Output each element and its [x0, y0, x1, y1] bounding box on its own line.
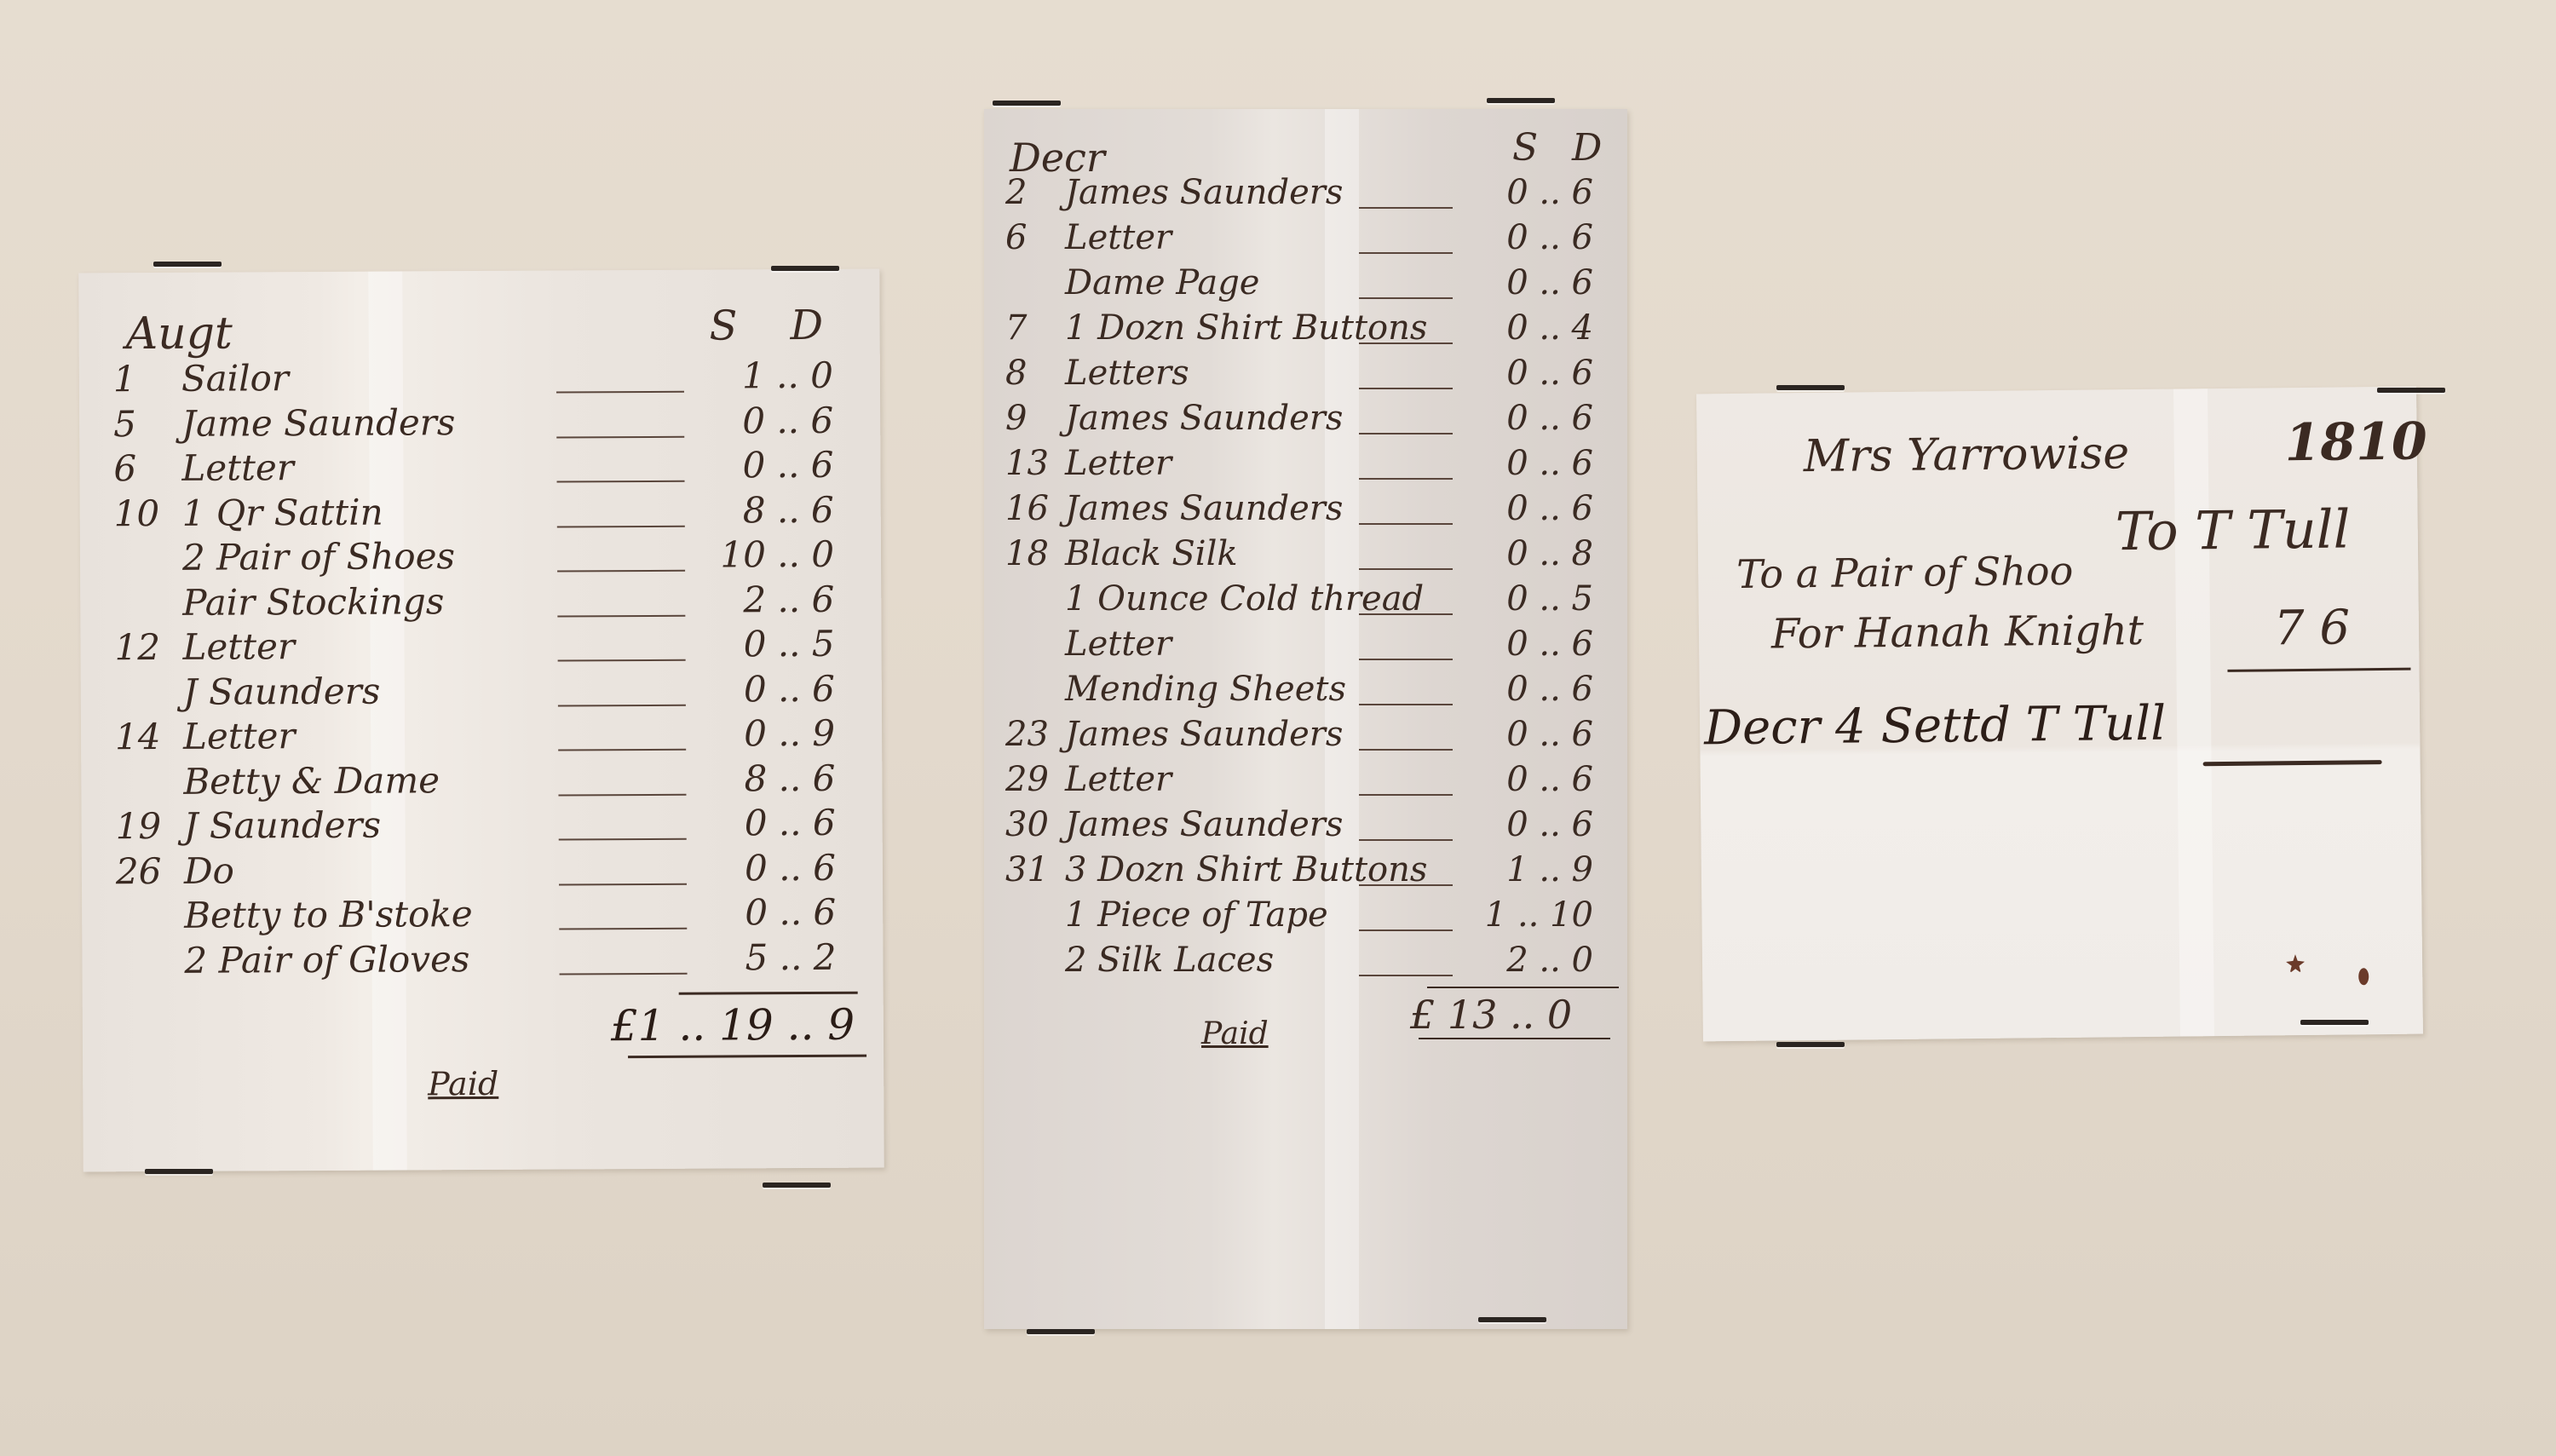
- entry-day: 9: [1005, 399, 1027, 438]
- entry-item: Letter: [182, 625, 295, 668]
- entry-item: Betty & Dame: [183, 759, 440, 803]
- entry-leader-line: [559, 883, 687, 885]
- entry-day: 8: [1005, 354, 1027, 393]
- entry-amount: 8 .. 6: [743, 488, 834, 531]
- item-amount: 7 6: [2274, 600, 2351, 656]
- entry-amount: 0 .. 6: [1506, 805, 1593, 844]
- entry-item: 1 Piece of Tape: [1065, 895, 1328, 935]
- entry-amount: 0 .. 6: [1506, 670, 1593, 709]
- signature-flourish: [2203, 760, 2382, 766]
- entry-item: Dame Page: [1065, 263, 1259, 302]
- total-rule-top: [1427, 987, 1619, 988]
- document-december-bill: Decr S D 2James Saunders0 .. 66Letter0 .…: [984, 109, 1627, 1329]
- entry-day: 23: [1005, 715, 1049, 754]
- entry-item: Betty to B'stoke: [184, 893, 473, 936]
- entry-item: James Saunders: [1065, 173, 1343, 212]
- entry-item: 1 Qr Sattin: [182, 491, 383, 533]
- entry-amount: 0 .. 6: [1506, 444, 1593, 483]
- ledger-entry: 8Letters0 .. 6: [984, 354, 1627, 401]
- entry-leader-line: [1359, 207, 1453, 209]
- ledger-entry: 2 Pair of Shoes10 .. 0: [80, 533, 881, 585]
- ledger-entry: Betty to B'stoke0 .. 6: [82, 891, 883, 943]
- entry-item: Jame Saunders: [181, 401, 455, 445]
- ledger-entry: Betty & Dame8 .. 6: [81, 757, 882, 809]
- entry-leader-line: [560, 972, 688, 975]
- entry-amount: 0 .. 6: [744, 667, 835, 710]
- entry-amount: 0 .. 6: [742, 444, 833, 486]
- entry-item: James Saunders: [1065, 489, 1343, 528]
- ledger-entry: 6Letter0 .. 6: [79, 444, 880, 496]
- entry-amount: 1 .. 10: [1485, 895, 1593, 935]
- entry-item: Letter: [1065, 444, 1171, 483]
- entry-amount: 5 .. 2: [745, 935, 836, 978]
- entry-leader-line: [1359, 342, 1453, 344]
- entry-item: James Saunders: [1065, 715, 1343, 754]
- entry-leader-line: [1359, 749, 1453, 751]
- entry-day: 14: [115, 716, 161, 757]
- entry-item: J Saunders: [183, 670, 381, 712]
- ink-stain: [2286, 954, 2305, 973]
- ledger-entry: 101 Qr Sattin8 .. 6: [80, 488, 881, 540]
- entry-amount: 10 .. 0: [720, 533, 834, 576]
- entry-leader-line: [1359, 523, 1453, 525]
- entry-leader-line: [559, 838, 687, 841]
- entry-item: Letter: [1065, 624, 1171, 664]
- mount-strip: [1776, 1042, 1845, 1047]
- entry-leader-line: [557, 525, 685, 527]
- entry-day: 31: [1005, 850, 1049, 889]
- ledger-entry: 71 Dozn Shirt Buttons0 .. 4: [984, 308, 1627, 356]
- entry-day: 19: [116, 805, 162, 847]
- entry-leader-line: [1359, 659, 1453, 660]
- entry-amount: 0 .. 5: [744, 623, 835, 665]
- entry-item: James Saunders: [1065, 805, 1343, 844]
- paid-note: Paid: [1201, 1016, 1269, 1051]
- entry-leader-line: [557, 481, 685, 483]
- entry-leader-line: [1359, 388, 1453, 389]
- entry-amount: 0 .. 6: [745, 802, 836, 844]
- entry-item: Pair Stockings: [182, 580, 444, 624]
- entry-amount: 0 .. 6: [745, 891, 836, 934]
- ledger-entry: Dame Page0 .. 6: [984, 263, 1627, 311]
- entry-item: 2 Pair of Gloves: [184, 938, 469, 981]
- entry-amount: 0 .. 6: [1506, 489, 1593, 528]
- entry-leader-line: [1359, 478, 1453, 480]
- entry-item: Letter: [1065, 218, 1171, 257]
- mount-strip: [153, 262, 222, 267]
- ledger-entry: 30James Saunders0 .. 6: [984, 805, 1627, 853]
- amount-rule: [2227, 668, 2410, 672]
- entry-amount: 1 .. 9: [1506, 850, 1593, 889]
- total-rule-top: [679, 992, 858, 995]
- pence-column-header: D: [1572, 126, 1602, 170]
- ledger-entry: 313 Dozn Shirt Buttons1 .. 9: [984, 850, 1627, 898]
- month-label: Augt: [125, 308, 233, 360]
- entry-item: 2 Silk Laces: [1065, 941, 1274, 980]
- entry-day: 18: [1005, 534, 1049, 573]
- entry-leader-line: [558, 793, 686, 796]
- entry-leader-line: [1359, 884, 1453, 886]
- entry-leader-line: [1359, 297, 1453, 299]
- ledger-entry: 1Sailor1 .. 0: [79, 354, 880, 406]
- entry-item: Black Silk: [1065, 534, 1238, 573]
- entry-amount: 0 .. 6: [1506, 354, 1593, 393]
- ledger-entry: 5Jame Saunders0 .. 6: [79, 399, 880, 451]
- entry-day: 30: [1005, 805, 1049, 844]
- ledger-entry: 2 Silk Laces2 .. 0: [984, 941, 1627, 988]
- ledger-entry: 12Letter0 .. 5: [80, 623, 881, 675]
- entry-day: 13: [1005, 444, 1049, 483]
- mount-strip: [771, 266, 839, 271]
- ledger-entry: 13Letter0 .. 6: [984, 444, 1627, 492]
- entry-leader-line: [1359, 613, 1453, 615]
- entry-leader-line: [1359, 704, 1453, 705]
- mount-strip: [993, 101, 1061, 106]
- pence-column-header: D: [790, 302, 823, 349]
- entry-amount: 0 .. 6: [1506, 263, 1593, 302]
- mount-strip: [1027, 1329, 1095, 1334]
- ledger-entry: 2 Pair of Gloves5 .. 2: [82, 935, 883, 987]
- entry-amount: 0 .. 6: [1506, 399, 1593, 438]
- entry-amount: 0 .. 6: [742, 399, 833, 441]
- customer-heading: Mrs Yarrowise: [1804, 428, 2130, 482]
- ledger-entry: Pair Stockings2 .. 6: [80, 578, 881, 630]
- entry-day: 16: [1005, 489, 1049, 528]
- entry-day: 10: [114, 492, 160, 533]
- entry-item: James Saunders: [1065, 399, 1343, 438]
- entry-item: 2 Pair of Shoes: [182, 535, 455, 578]
- mount-strip: [763, 1183, 831, 1188]
- ledger-entry: Mending Sheets0 .. 6: [984, 670, 1627, 717]
- total-amount: £1 .. 19 .. 9: [611, 1000, 855, 1050]
- total-rule-bottom: [1419, 1038, 1610, 1039]
- paid-note: Paid: [428, 1065, 498, 1102]
- ledger-entry: 6Letter0 .. 6: [984, 218, 1627, 266]
- entry-amount: 0 .. 4: [1506, 308, 1593, 348]
- ledger-entry: 18Black Silk0 .. 8: [984, 534, 1627, 582]
- entry-item: Letters: [1065, 354, 1189, 393]
- entry-amount: 0 .. 6: [745, 846, 836, 889]
- mount-strip: [145, 1169, 213, 1174]
- entry-day: 6: [1005, 218, 1027, 257]
- ledger-entry: 14Letter0 .. 9: [81, 712, 882, 764]
- payee: To T Tull: [2115, 498, 2350, 562]
- entry-leader-line: [1359, 433, 1453, 434]
- entry-amount: 8 .. 6: [744, 757, 835, 799]
- entry-amount: 0 .. 6: [1506, 760, 1593, 799]
- item-line-1: To a Pair of Shoo: [1736, 548, 2074, 597]
- settlement-signature: Decr 4 Settd T Tull: [1704, 696, 2167, 757]
- entry-item: Letter: [183, 715, 296, 757]
- total-rule-bottom: [628, 1055, 866, 1058]
- entry-leader-line: [1359, 794, 1453, 796]
- ink-stain: [2358, 968, 2369, 985]
- item-line-2: For Hanah Knight: [1771, 607, 2144, 659]
- entry-amount: 0 .. 6: [1506, 624, 1593, 664]
- entry-leader-line: [556, 435, 684, 438]
- entry-list: 1Sailor1 .. 05Jame Saunders0 .. 66Letter…: [78, 269, 879, 273]
- ledger-entry: 1 Ounce Cold thread0 .. 5: [984, 579, 1627, 627]
- ledger-entry: 2James Saunders0 .. 6: [984, 173, 1627, 221]
- shillings-column-header: S: [709, 302, 737, 349]
- entry-leader-line: [558, 704, 686, 706]
- entry-leader-line: [1359, 975, 1453, 976]
- entry-amount: 0 .. 8: [1506, 534, 1593, 573]
- entry-amount: 2 .. 0: [1506, 941, 1593, 980]
- document-shoe-bill-1810: Mrs Yarrowise 1810 To T Tull To a Pair o…: [1696, 387, 2423, 1042]
- entry-item: Mending Sheets: [1065, 670, 1346, 709]
- entry-item: J Saunders: [184, 804, 382, 847]
- entry-leader-line: [556, 391, 684, 394]
- entry-item: Letter: [181, 446, 294, 489]
- entry-day: 1: [113, 358, 136, 400]
- entry-item: Sailor: [181, 357, 289, 400]
- mount-strip: [1776, 385, 1845, 390]
- entry-amount: 2 .. 6: [743, 578, 834, 620]
- bill-year: 1810: [2284, 411, 2427, 473]
- entry-leader-line: [558, 749, 686, 751]
- mount-strip: [1487, 98, 1555, 103]
- entry-amount: 0 .. 5: [1506, 579, 1593, 619]
- ledger-entry: 19J Saunders0 .. 6: [82, 802, 883, 854]
- ledger-entry: J Saunders0 .. 6: [81, 667, 882, 719]
- entry-day: 26: [116, 849, 162, 891]
- mount-strip: [1478, 1317, 1546, 1322]
- entry-item: Do: [184, 849, 234, 891]
- entry-leader-line: [557, 614, 685, 617]
- document-august-bill: Augt S D 1Sailor1 .. 05Jame Saunders0 ..…: [78, 269, 884, 1172]
- entry-leader-line: [559, 928, 687, 930]
- entry-leader-line: [558, 659, 686, 662]
- entry-leader-line: [1359, 568, 1453, 570]
- ledger-entry: 29Letter0 .. 6: [984, 760, 1627, 808]
- ledger-entry: 26Do0 .. 6: [82, 846, 883, 898]
- entry-day: 7: [1005, 308, 1027, 348]
- ledger-entry: 23James Saunders0 .. 6: [984, 715, 1627, 763]
- entry-leader-line: [1359, 252, 1453, 254]
- ledger-entry: 16James Saunders0 .. 6: [984, 489, 1627, 537]
- entry-day: 12: [114, 626, 160, 668]
- mount-strip: [2300, 1020, 2369, 1025]
- entry-item: Letter: [1065, 760, 1171, 799]
- ledger-entry: 9James Saunders0 .. 6: [984, 399, 1627, 446]
- entry-day: 6: [113, 447, 136, 489]
- entry-amount: 0 .. 6: [1506, 715, 1593, 754]
- entry-amount: 1 .. 0: [742, 354, 833, 397]
- entry-leader-line: [557, 570, 685, 573]
- entry-amount: 0 .. 6: [1506, 173, 1593, 212]
- entry-day: 29: [1005, 760, 1049, 799]
- entry-leader-line: [1359, 929, 1453, 931]
- ledger-entry: Letter0 .. 6: [984, 624, 1627, 672]
- entry-day: 2: [1005, 173, 1027, 212]
- total-amount: £ 13 .. 0: [1410, 992, 1572, 1038]
- entry-leader-line: [1359, 839, 1453, 841]
- entry-amount: 0 .. 9: [744, 712, 835, 755]
- ledger-entry: 1 Piece of Tape1 .. 10: [984, 895, 1627, 943]
- entry-day: 5: [113, 403, 136, 445]
- mount-strip: [2377, 388, 2445, 393]
- shillings-column-header: S: [1512, 126, 1538, 170]
- entry-amount: 0 .. 6: [1506, 218, 1593, 257]
